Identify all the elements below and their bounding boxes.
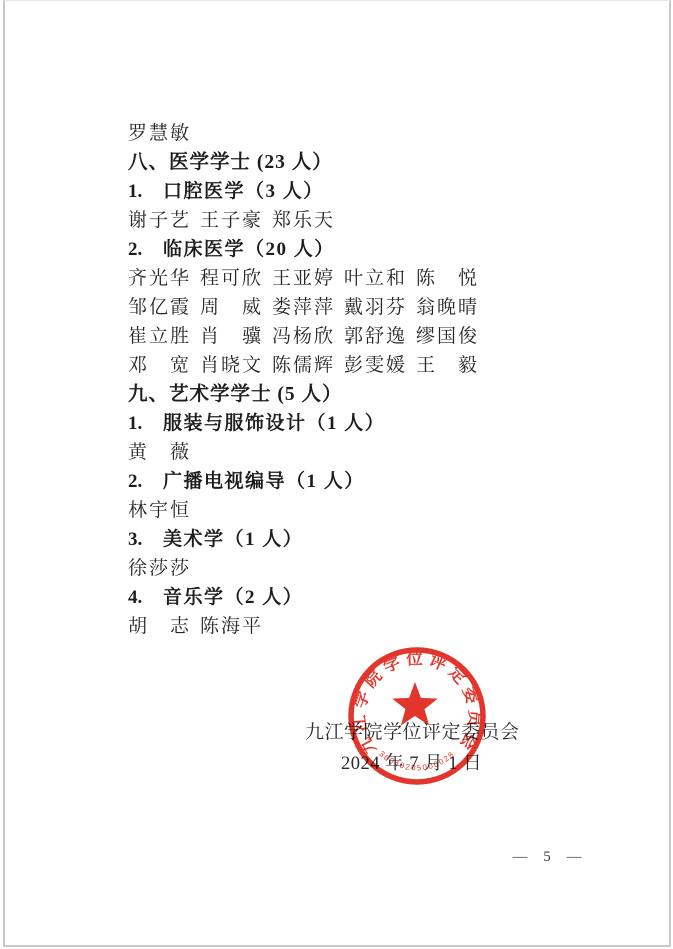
name-item: 郑乐天 bbox=[272, 207, 344, 236]
name-row: 林宇恒 bbox=[128, 497, 558, 526]
name-row: 黄 薇 bbox=[128, 439, 558, 468]
subsection-heading: 3.美术学（1 人） bbox=[128, 526, 558, 555]
name-item: 邹亿霞 bbox=[128, 294, 200, 323]
subsection-number: 2. bbox=[128, 236, 163, 265]
name-item: 胡 志 bbox=[128, 613, 200, 642]
official-seal: 九江学院学位评定委员会 36040205000028 bbox=[329, 628, 505, 804]
subsection-title: 美术学（1 人） bbox=[163, 526, 303, 555]
seal-code: 36040205000028 bbox=[377, 749, 456, 772]
name-item: 戴羽芬 bbox=[344, 294, 416, 323]
name-item: 王 毅 bbox=[416, 352, 488, 381]
name-item: 徐莎莎 bbox=[128, 555, 200, 584]
name-item: 缪国俊 bbox=[416, 323, 488, 352]
subsection-title: 口腔医学（3 人） bbox=[163, 178, 324, 207]
name-item: 娄萍萍 bbox=[272, 294, 344, 323]
seal-star-icon bbox=[392, 682, 438, 725]
document-page: 罗慧敏 八、医学学士 (23 人） 1.口腔医学（3 人） 谢子艺 王子豪 郑乐… bbox=[0, 0, 673, 949]
name-item: 邓 宽 bbox=[128, 352, 200, 381]
subsection-number: 1. bbox=[128, 178, 163, 207]
name-row: 徐莎莎 bbox=[128, 555, 558, 584]
name-item: 王子豪 bbox=[200, 207, 272, 236]
name-item: 冯杨欣 bbox=[272, 323, 344, 352]
name-item: 王亚婷 bbox=[272, 265, 344, 294]
name-item: 程可欣 bbox=[200, 265, 272, 294]
name-item: 齐光华 bbox=[128, 265, 200, 294]
subsection-title: 音乐学（2 人） bbox=[163, 584, 303, 613]
subsection-heading: 2.广播电视编导（1 人） bbox=[128, 468, 558, 497]
subsection-title: 服装与服饰设计（1 人） bbox=[163, 410, 385, 439]
name-row: 邓 宽 肖晓文 陈儒辉 彭雯媛 王 毅 bbox=[128, 352, 558, 381]
subsection-heading: 2.临床医学（20 人） bbox=[128, 236, 558, 265]
name-item: 彭雯媛 bbox=[344, 352, 416, 381]
name-item: 崔立胜 bbox=[128, 323, 200, 352]
name-row: 谢子艺 王子豪 郑乐天 bbox=[128, 207, 558, 236]
name-row: 齐光华 程可欣 王亚婷 叶立和 陈 悦 bbox=[128, 265, 558, 294]
name-item: 罗慧敏 bbox=[128, 120, 200, 149]
subsection-title: 临床医学（20 人） bbox=[163, 236, 335, 265]
subsection-number: 1. bbox=[128, 410, 163, 439]
name-row: 邹亿霞 周 威 娄萍萍 戴羽芬 翁晚晴 bbox=[128, 294, 558, 323]
name-item: 陈 悦 bbox=[416, 265, 488, 294]
name-item: 肖 骥 bbox=[200, 323, 272, 352]
subsection-heading: 4.音乐学（2 人） bbox=[128, 584, 558, 613]
name-item: 周 威 bbox=[200, 294, 272, 323]
name-item: 肖晓文 bbox=[200, 352, 272, 381]
name-item: 黄 薇 bbox=[128, 439, 200, 468]
name-row: 崔立胜 肖 骥 冯杨欣 郭舒逸 缪国俊 bbox=[128, 323, 558, 352]
subsection-heading: 1.口腔医学（3 人） bbox=[128, 178, 558, 207]
subsection-number: 3. bbox=[128, 526, 163, 555]
page-number: — 5 — bbox=[510, 849, 590, 866]
name-item: 谢子艺 bbox=[128, 207, 200, 236]
name-item: 陈儒辉 bbox=[272, 352, 344, 381]
subsection-number: 4. bbox=[128, 584, 163, 613]
name-item: 郭舒逸 bbox=[344, 323, 416, 352]
name-row: 罗慧敏 bbox=[128, 120, 558, 149]
section-heading: 九、艺术学学士 (5 人） bbox=[128, 381, 558, 410]
degree-list: 罗慧敏 八、医学学士 (23 人） 1.口腔医学（3 人） 谢子艺 王子豪 郑乐… bbox=[128, 120, 558, 642]
name-item: 叶立和 bbox=[344, 265, 416, 294]
subsection-number: 2. bbox=[128, 468, 163, 497]
name-item: 翁晚晴 bbox=[416, 294, 488, 323]
subsection-title: 广播电视编导（1 人） bbox=[163, 468, 365, 497]
name-item: 陈海平 bbox=[200, 613, 272, 642]
name-item: 林宇恒 bbox=[128, 497, 200, 526]
section-heading: 八、医学学士 (23 人） bbox=[128, 149, 558, 178]
subsection-heading: 1.服装与服饰设计（1 人） bbox=[128, 410, 558, 439]
